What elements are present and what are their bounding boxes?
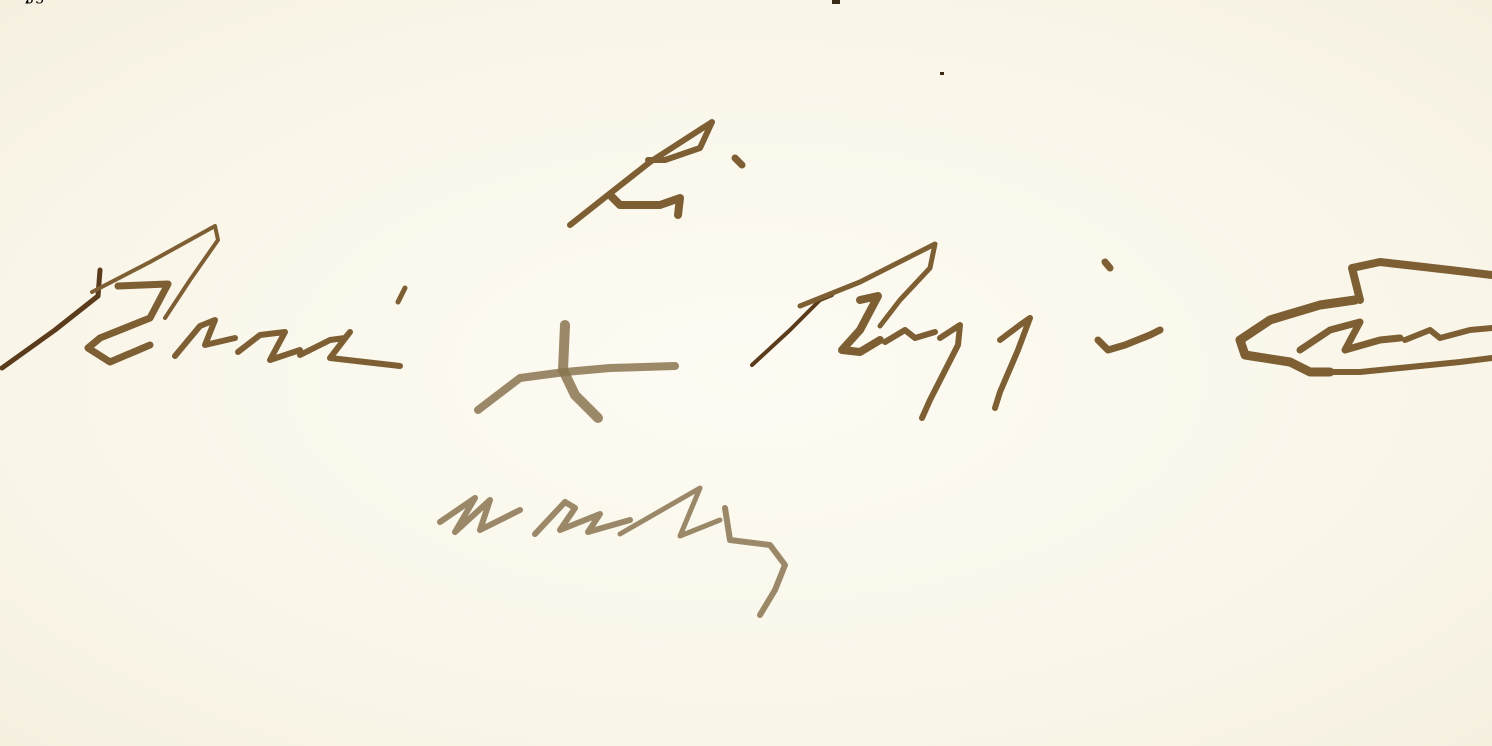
- svg-text:Esq: Esq: [0, 0, 30, 4]
- mark-label: mark: [0, 0, 785, 615]
- suffix-esq: Esq: [0, 0, 1492, 372]
- handwriting-layer: Basi his +: [0, 0, 1492, 746]
- given-name-basi: Basi: [0, 0, 405, 368]
- ink-fleck-top: [832, 0, 944, 75]
- superscript-his: his: [0, 0, 742, 225]
- document-page: Basi his + mark Briggs Esq Basi his: [0, 0, 1492, 746]
